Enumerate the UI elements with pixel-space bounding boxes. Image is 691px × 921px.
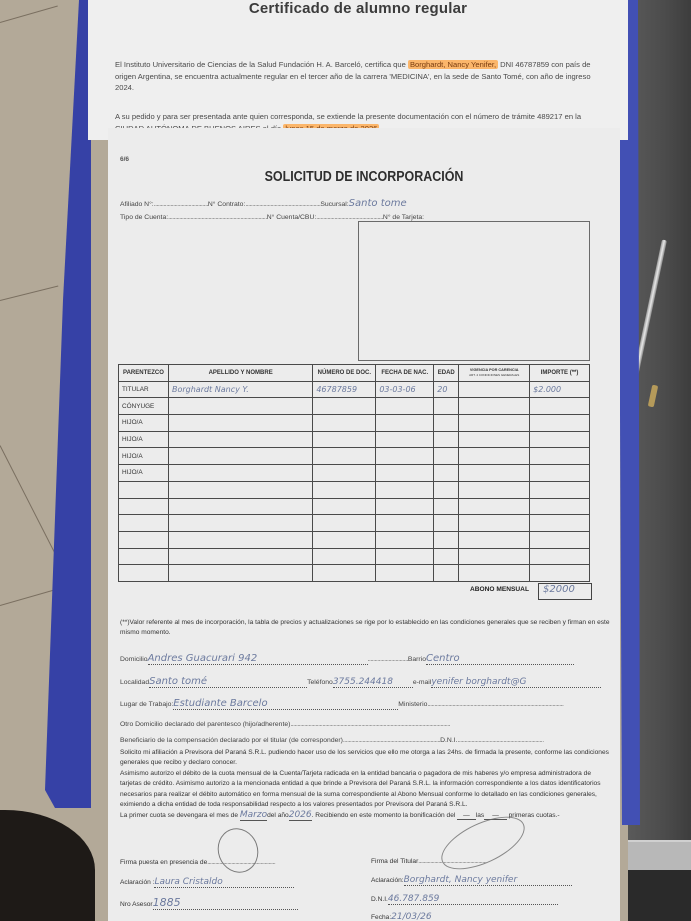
table-row: HIJO/A bbox=[119, 448, 590, 465]
col-edad: EDAD bbox=[434, 365, 459, 382]
table-cell[interactable] bbox=[530, 515, 590, 532]
aclaracion-left-line: Aclaración :Laura Cristaldo bbox=[120, 877, 294, 888]
highlighted-student-name: Borghardt, Nancy Yenifer, bbox=[408, 60, 498, 69]
table-cell[interactable] bbox=[313, 448, 376, 465]
table-cell[interactable] bbox=[434, 448, 459, 465]
table-cell[interactable] bbox=[376, 448, 434, 465]
terms-paragraph: Solicito mi afiliación a Previsora del P… bbox=[120, 748, 612, 822]
table-cell[interactable] bbox=[434, 498, 459, 515]
fecha-label: Fecha: bbox=[371, 914, 391, 921]
relationship-cell: HIJO/A bbox=[119, 448, 169, 465]
table-row bbox=[119, 515, 590, 532]
trabajo-value[interactable]: Estudiante Barcelo bbox=[173, 698, 398, 710]
trabajo-label: Lugar de Trabajo: bbox=[120, 701, 173, 708]
table-row: HIJO/A bbox=[119, 415, 590, 432]
telefono-label: Teléfono bbox=[307, 679, 333, 686]
table-cell[interactable] bbox=[530, 448, 590, 465]
relationship-cell: TITULAR bbox=[119, 381, 169, 398]
table-row: CÓNYUGE bbox=[119, 398, 590, 415]
table-row: HIJO/A bbox=[119, 431, 590, 448]
relationship-cell bbox=[119, 481, 169, 498]
table-header-row: PARENTEZCO APELLIDO Y NOMBRE NÚMERO DE D… bbox=[119, 365, 590, 382]
contrato-label: N° Contrato: bbox=[208, 201, 245, 208]
firma-presencia-label: Firma puesta en presencia de bbox=[120, 859, 207, 866]
table-cell[interactable] bbox=[168, 481, 312, 498]
beneficiario-field[interactable]: ........................................… bbox=[343, 737, 440, 744]
dni-right-line: D.N.I.46.787.859 bbox=[371, 894, 558, 905]
table-cell[interactable] bbox=[168, 448, 312, 465]
table-row: TITULARBorghardt Nancy Y.4678785903-03-0… bbox=[119, 381, 590, 398]
tipo-cuenta-field[interactable]: ........................................… bbox=[168, 214, 267, 221]
table-cell[interactable] bbox=[459, 431, 530, 448]
aclaracion-right-value[interactable]: Borghardt, Nancy yenifer bbox=[404, 875, 572, 886]
col-numero-doc: NÚMERO DE DOC. bbox=[313, 365, 376, 382]
beneficiario-label: Beneficiario de la compensación declarad… bbox=[120, 737, 343, 744]
table-cell[interactable] bbox=[168, 398, 312, 415]
table-cell[interactable] bbox=[313, 565, 376, 582]
beneficiario-line: Beneficiario de la compensación declarad… bbox=[120, 737, 544, 744]
barrio-value[interactable]: Centro bbox=[426, 653, 574, 665]
cuenta-line: Tipo de Cuenta:.........................… bbox=[120, 214, 424, 221]
table-cell[interactable] bbox=[313, 548, 376, 565]
primer-cuota-anio[interactable]: 2026 bbox=[289, 810, 312, 821]
otro-domicilio-label: Otro Domicilio declarado del parentesco … bbox=[120, 721, 290, 728]
table-cell[interactable] bbox=[376, 548, 434, 565]
primer-cuota-text: La primer cuota se devengara el mes de bbox=[120, 812, 238, 819]
asesor-label: Nro Asesor bbox=[120, 901, 153, 908]
table-cell[interactable] bbox=[168, 498, 312, 515]
table-cell[interactable] bbox=[459, 398, 530, 415]
col-fecha-nac: FECHA DE NAC. bbox=[376, 365, 434, 382]
price-note: (**)Valor referente al mes de incorporac… bbox=[120, 618, 610, 638]
certificate-text: El Instituto Universitario de Ciencias d… bbox=[115, 60, 408, 69]
beneficiario-dni-field[interactable]: ........................................… bbox=[458, 737, 544, 744]
barrio-label: Barrio bbox=[408, 656, 426, 663]
table-row bbox=[119, 565, 590, 582]
abono-mensual-label: ABONO MENSUAL bbox=[470, 586, 529, 593]
table-cell[interactable] bbox=[168, 465, 312, 482]
table-cell[interactable] bbox=[434, 481, 459, 498]
table-cell[interactable]: Borghardt Nancy Y. bbox=[168, 381, 312, 398]
aclaracion-right-line: Aclaración:Borghardt, Nancy yenifer bbox=[371, 875, 572, 886]
table-cell[interactable] bbox=[459, 548, 530, 565]
table-row bbox=[119, 548, 590, 565]
vigencia-label: VIGENCIA POR CARENCIA bbox=[470, 368, 519, 372]
localidad-label: Localidad bbox=[120, 679, 149, 686]
page-number: 6/6 bbox=[120, 156, 129, 163]
table-cell[interactable] bbox=[459, 465, 530, 482]
table-cell[interactable] bbox=[530, 481, 590, 498]
relationship-cell bbox=[119, 515, 169, 532]
table-cell[interactable] bbox=[168, 548, 312, 565]
table-cell[interactable] bbox=[313, 481, 376, 498]
certificate-title: Certificado de alumno regular bbox=[88, 0, 628, 17]
primer-cuota-text: del año bbox=[267, 812, 289, 819]
table-cell[interactable] bbox=[168, 531, 312, 548]
sucursal-label: Sucursal: bbox=[320, 201, 348, 208]
domicilio-value[interactable]: Andres Guacurari 942 bbox=[148, 653, 368, 665]
table-cell[interactable] bbox=[313, 415, 376, 432]
table-cell[interactable] bbox=[434, 398, 459, 415]
table-cell[interactable] bbox=[459, 481, 530, 498]
table-cell[interactable] bbox=[376, 398, 434, 415]
solicito-text: Solicito mi afiliación a Previsora del P… bbox=[120, 748, 612, 769]
table-cell[interactable] bbox=[530, 565, 590, 582]
table-cell[interactable] bbox=[168, 565, 312, 582]
relationship-cell bbox=[119, 498, 169, 515]
tipo-cuenta-label: Tipo de Cuenta: bbox=[120, 214, 168, 221]
col-vigencia: VIGENCIA POR CARENCIAART. 4 CONDICIONES … bbox=[459, 365, 530, 382]
contrato-field[interactable]: ........................................… bbox=[245, 201, 320, 208]
aclaracion-left-value[interactable]: Laura Cristaldo bbox=[154, 877, 294, 888]
relationship-cell: HIJO/A bbox=[119, 431, 169, 448]
table-cell[interactable] bbox=[376, 481, 434, 498]
table-cell[interactable] bbox=[530, 431, 590, 448]
table-cell[interactable] bbox=[313, 498, 376, 515]
table-cell[interactable] bbox=[168, 415, 312, 432]
relationship-cell: CÓNYUGE bbox=[119, 398, 169, 415]
sucursal-value[interactable]: Santo tome bbox=[349, 198, 407, 209]
table-cell[interactable] bbox=[168, 515, 312, 532]
table-cell[interactable]: 46787859 bbox=[313, 381, 376, 398]
otro-domicilio-line: Otro Domicilio declarado del parentesco … bbox=[120, 721, 450, 728]
dni-right-value[interactable]: 46.787.859 bbox=[388, 894, 558, 905]
table-cell[interactable] bbox=[376, 498, 434, 515]
fecha-line: Fecha:21/03/26 bbox=[371, 912, 561, 921]
certificate-sheet: Certificado de alumno regular El Institu… bbox=[88, 0, 628, 140]
table-cell[interactable] bbox=[434, 415, 459, 432]
cuenta-cbu-label: N° Cuenta/CBU: bbox=[267, 214, 317, 221]
dni-right-label: D.N.I. bbox=[371, 896, 388, 903]
table-cell[interactable] bbox=[434, 565, 459, 582]
localidad-value[interactable]: Santo tomé bbox=[149, 676, 307, 688]
fecha-value[interactable]: 21/03/26 bbox=[391, 912, 561, 921]
table-cell[interactable] bbox=[434, 431, 459, 448]
table-cell[interactable] bbox=[530, 415, 590, 432]
relationship-cell bbox=[119, 548, 169, 565]
primer-cuota-text: . Recibiendo en este momento la bonifica… bbox=[312, 812, 456, 819]
shelf-edge bbox=[628, 840, 691, 870]
table-cell[interactable] bbox=[459, 448, 530, 465]
aclaracion-right-label: Aclaración: bbox=[371, 877, 404, 884]
card-photo-box bbox=[358, 221, 590, 361]
table-cell[interactable]: 20 bbox=[434, 381, 459, 398]
cuenta-cbu-field[interactable]: ........................................… bbox=[316, 214, 383, 221]
table-cell[interactable] bbox=[530, 531, 590, 548]
table-cell[interactable] bbox=[530, 465, 590, 482]
table-cell[interactable] bbox=[313, 531, 376, 548]
table-cell[interactable] bbox=[313, 398, 376, 415]
table-cell[interactable] bbox=[168, 431, 312, 448]
table-cell[interactable]: 03-03-06 bbox=[376, 381, 434, 398]
table-cell[interactable] bbox=[376, 465, 434, 482]
primer-cuota-mes[interactable]: Marzo bbox=[240, 810, 267, 821]
table-cell[interactable] bbox=[313, 515, 376, 532]
asimismo-text: Asimismo autorizo el débito de la cuota … bbox=[120, 769, 612, 811]
col-importe: IMPORTE (**) bbox=[530, 365, 590, 382]
form-title: SOLICITUD DE INCORPORACIÓN bbox=[144, 169, 584, 185]
table-cell[interactable] bbox=[376, 415, 434, 432]
table-row bbox=[119, 498, 590, 515]
table-cell[interactable] bbox=[530, 498, 590, 515]
bonificacion-value[interactable]: — bbox=[457, 812, 476, 820]
tarjeta-label: N° de Tarjeta: bbox=[383, 214, 424, 221]
relationship-cell bbox=[119, 565, 169, 582]
shelf-shadow bbox=[628, 870, 691, 921]
relationship-cell bbox=[119, 531, 169, 548]
table-row: HIJO/A bbox=[119, 465, 590, 482]
las-label: las bbox=[476, 812, 484, 819]
table-cell[interactable] bbox=[434, 531, 459, 548]
table-cell[interactable] bbox=[459, 415, 530, 432]
domicilio-label: Domicilio bbox=[120, 656, 148, 663]
table-cell[interactable] bbox=[459, 498, 530, 515]
table-cell[interactable] bbox=[459, 515, 530, 532]
table-cell[interactable] bbox=[459, 381, 530, 398]
email-label: e-mail bbox=[413, 679, 432, 686]
table-cell[interactable] bbox=[434, 548, 459, 565]
table-cell[interactable] bbox=[376, 565, 434, 582]
table-cell[interactable] bbox=[459, 565, 530, 582]
relationship-cell: HIJO/A bbox=[119, 465, 169, 482]
table-cell[interactable] bbox=[376, 531, 434, 548]
table-cell[interactable] bbox=[434, 515, 459, 532]
col-parentezco: PARENTEZCO bbox=[119, 365, 169, 382]
col-apellido-nombre: APELLIDO Y NOMBRE bbox=[168, 365, 312, 382]
vigencia-sublabel: ART. 4 CONDICIONES GENERALES bbox=[469, 373, 519, 377]
abono-mensual-value[interactable]: $2000 bbox=[538, 583, 592, 600]
trabajo-line: Lugar de Trabajo:Estudiante BarceloMinis… bbox=[120, 698, 563, 710]
telefono-value[interactable]: 3755.244418 bbox=[333, 677, 413, 688]
table-cell[interactable] bbox=[376, 431, 434, 448]
table-cell[interactable] bbox=[459, 531, 530, 548]
afiliado-line: Afiliado N°:............................… bbox=[120, 198, 407, 209]
table-row bbox=[119, 481, 590, 498]
primer-cuota-line: La primer cuota se devengara el mes de M… bbox=[120, 810, 612, 821]
ministerio-label: Ministerio bbox=[398, 701, 427, 708]
asesor-line: Nro Asesor1885 bbox=[120, 896, 298, 910]
email-value[interactable]: yenifer borghardt@G bbox=[431, 677, 601, 688]
afiliado-label: Afiliado N°: bbox=[120, 201, 154, 208]
asesor-value[interactable]: 1885 bbox=[153, 896, 298, 910]
table-cell[interactable] bbox=[313, 431, 376, 448]
ministerio-field[interactable]: ........................................… bbox=[427, 701, 563, 708]
aclaracion-left-label: Aclaración : bbox=[120, 879, 154, 886]
table-cell[interactable] bbox=[376, 515, 434, 532]
relationship-cell: HIJO/A bbox=[119, 415, 169, 432]
table-cell[interactable] bbox=[313, 465, 376, 482]
incorporation-form-sheet: 6/6 SOLICITUD DE INCORPORACIÓN Afiliado … bbox=[108, 128, 620, 921]
table-cell[interactable]: $2.000 bbox=[530, 381, 590, 398]
domicilio-line: DomicilioAndres Guacurari 942...........… bbox=[120, 653, 574, 665]
localidad-line: LocalidadSanto toméTeléfono3755.244418e-… bbox=[120, 676, 601, 688]
table-cell[interactable] bbox=[530, 398, 590, 415]
otro-domicilio-field[interactable]: ........................................… bbox=[290, 721, 450, 728]
certificate-paragraph-1: El Instituto Universitario de Ciencias d… bbox=[115, 59, 595, 94]
table-cell[interactable] bbox=[530, 548, 590, 565]
firma-titular-label: Firma del Titular bbox=[371, 858, 418, 865]
beneficiario-dni-label: D.N.I. bbox=[440, 737, 457, 744]
afiliado-field[interactable]: ....................................... bbox=[154, 201, 208, 208]
members-table: PARENTEZCO APELLIDO Y NOMBRE NÚMERO DE D… bbox=[118, 364, 590, 582]
table-row bbox=[119, 531, 590, 548]
table-cell[interactable] bbox=[434, 465, 459, 482]
signature-advisor bbox=[212, 823, 265, 879]
